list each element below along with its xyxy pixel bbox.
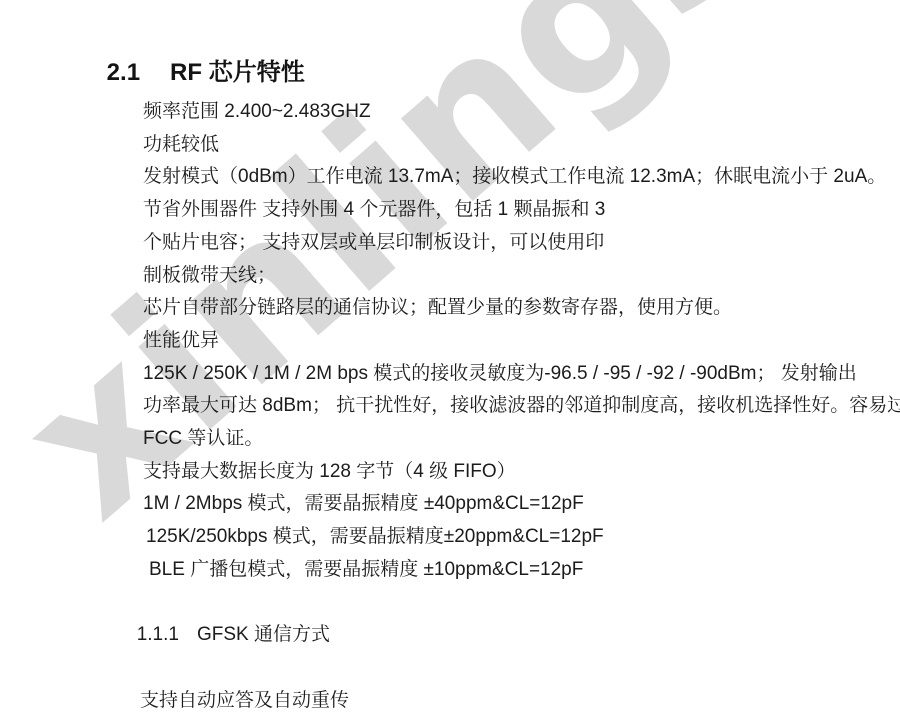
section-number: 2.1 (107, 59, 140, 86)
text-line-crystal-10ppm: BLE 广播包模式，需要晶振精度 ±10ppm&CL=12pF (0, 554, 900, 587)
text-line-peripheral-components-3: 制板微带天线； (0, 260, 900, 293)
section-title: RF 芯片特性 (170, 59, 305, 86)
text-line-frequency-range: 频率范围 2.400~2.483GHZ (0, 96, 900, 129)
text-line-performance: 性能优异 (0, 325, 900, 358)
subsection-title: GFSK 通信方式 (197, 624, 330, 645)
text-line-auto-ack: 支持自动应答及自动重传 (0, 685, 900, 718)
document-page: xinlings 2.1RF 芯片特性 频率范围 2.400~2.483GHZ … (0, 0, 900, 723)
text-line-link-layer-protocol: 芯片自带部分链路层的通信协议；配置少量的参数寄存器，使用方便。 (0, 292, 900, 325)
text-line-crystal-40ppm: 1M / 2Mbps 模式，需要晶振精度 ±40ppm&CL=12pF (0, 488, 900, 521)
text-line-fcc-certification: FCC 等认证。 (0, 423, 900, 456)
text-line-low-power: 功耗较低 (0, 129, 900, 162)
text-line-sensitivity: 125K / 250K / 1M / 2M bps 模式的接收灵敏度为-96.5… (0, 358, 900, 391)
text-line-output-power: 功率最大可达 8dBm； 抗干扰性好，接收滤波器的邻道抑制度高，接收机选择性好。… (0, 390, 900, 423)
text-line-max-data-length: 支持最大数据长度为 128 字节（4 级 FIFO） (0, 456, 900, 489)
text-line-crystal-20ppm: 125K/250kbps 模式，需要晶振精度±20ppm&CL=12pF (0, 521, 900, 554)
body-text: 频率范围 2.400~2.483GHZ 功耗较低 发射模式（0dBm）工作电流 … (0, 96, 900, 717)
subsection-number: 1.1.1 (137, 624, 179, 645)
text-line-peripheral-components-1: 节省外围器件 支持外围 4 个元器件，包括 1 颗晶振和 3 (0, 194, 900, 227)
text-line-current-consumption: 发射模式（0dBm）工作电流 13.7mA；接收模式工作电流 12.3mA；休眠… (0, 161, 900, 194)
subsection-heading: 1.1.1GFSK 通信方式 (0, 587, 900, 685)
text-line-peripheral-components-2: 个贴片电容； 支持双层或单层印制板设计，可以使用印 (0, 227, 900, 260)
